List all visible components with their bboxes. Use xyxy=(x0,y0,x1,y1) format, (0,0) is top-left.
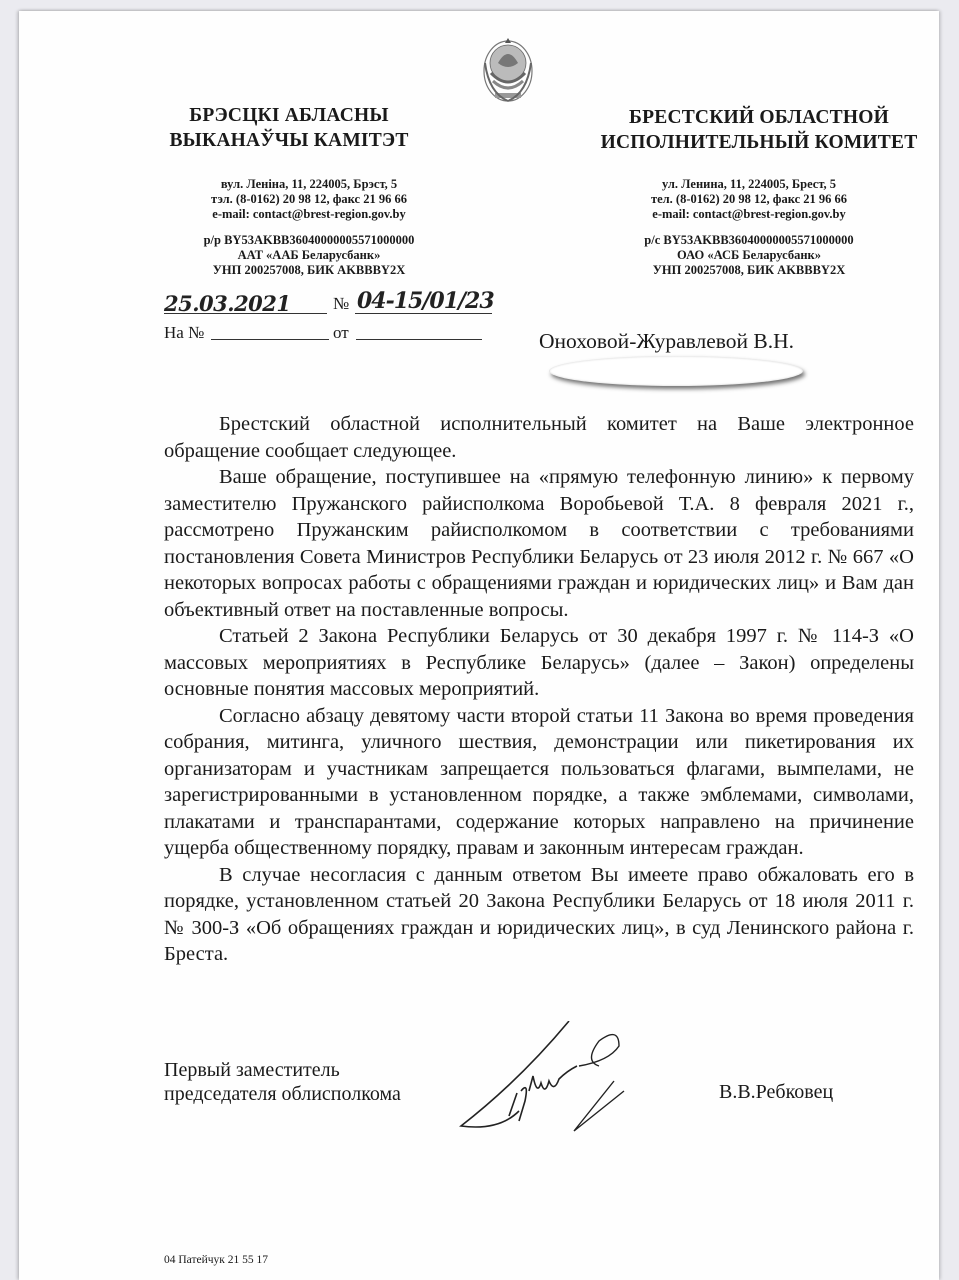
email: e-mail: contact@brest-region.gov.by xyxy=(599,207,899,222)
reply-to-label: На № xyxy=(164,323,204,343)
redacted-address xyxy=(549,356,803,386)
ids: УНП 200257008, БИК AKBBBY2X xyxy=(599,263,899,278)
bank: ОАО «АСБ Беларусбанк» xyxy=(599,248,899,263)
bank: ААТ «ААБ Беларусбанк» xyxy=(159,248,459,263)
executor-info: 04 Патейчук 21 55 17 xyxy=(164,1254,268,1266)
org-title-be: БРЭСЦКІ АБЛАСНЫ ВЫКАНАЎЧЫ КАМІТЭТ xyxy=(139,103,439,153)
address: ул. Ленина, 11, 224005, Брест, 5 xyxy=(599,177,899,192)
letter-body: Брестский областной исполнительный комит… xyxy=(164,411,914,968)
paragraph: В случае несогласия с данным ответом Вы … xyxy=(164,862,914,968)
ids: УНП 200257008, БИК AKBBBY2X xyxy=(159,263,459,278)
letter-page: БРЭСЦКІ АБЛАСНЫ ВЫКАНАЎЧЫ КАМІТЭТ вул. Л… xyxy=(19,11,939,1280)
org-title-ru: БРЕСТСКИЙ ОБЛАСТНОЙ ИСПОЛНИТЕЛЬНЫЙ КОМИТ… xyxy=(579,105,939,155)
paragraph: Статьей 2 Закона Республики Беларусь от … xyxy=(164,623,914,703)
signatory-name: В.В.Ребковец xyxy=(719,1081,833,1104)
paragraph: Согласно абзацу девятому части второй ст… xyxy=(164,703,914,862)
from-underline xyxy=(356,339,482,340)
number-underline xyxy=(355,313,492,314)
bank-info-be: р/р BY53AKBB36040000005571000000 ААТ «АА… xyxy=(159,233,459,278)
contact-info-be: вул. Леніна, 11, 224005, Брэст, 5 тэл. (… xyxy=(159,177,459,222)
reply-to-underline xyxy=(211,339,329,340)
address: вул. Леніна, 11, 224005, Брэст, 5 xyxy=(159,177,459,192)
number-label: № xyxy=(333,294,349,314)
state-emblem-icon xyxy=(481,33,535,107)
contact-info-ru: ул. Ленина, 11, 224005, Брест, 5 тел. (8… xyxy=(599,177,899,222)
paragraph: Брестский областной исполнительный комит… xyxy=(164,411,914,464)
addressee-name: Оноховой-Журавлевой В.Н. xyxy=(539,329,794,354)
date-underline xyxy=(164,313,327,314)
bank-info-ru: р/с BY53AKBB36040000005571000000 ОАО «АС… xyxy=(599,233,899,278)
signatory-position: Первый заместитель председателя облиспол… xyxy=(164,1058,401,1106)
phone: тел. (8-0162) 20 98 12, факс 21 96 66 xyxy=(599,192,899,207)
account: р/с BY53AKBB36040000005571000000 xyxy=(599,233,899,248)
account: р/р BY53AKBB36040000005571000000 xyxy=(159,233,459,248)
email: e-mail: contact@brest-region.gov.by xyxy=(159,207,459,222)
from-label: от xyxy=(333,323,349,343)
outgoing-number: 04-15/01/23 xyxy=(357,288,494,314)
handwritten-signature-icon xyxy=(459,1021,639,1151)
paragraph: Ваше обращение, поступившее на «прямую т… xyxy=(164,464,914,623)
phone: тэл. (8-0162) 20 98 12, факс 21 96 66 xyxy=(159,192,459,207)
